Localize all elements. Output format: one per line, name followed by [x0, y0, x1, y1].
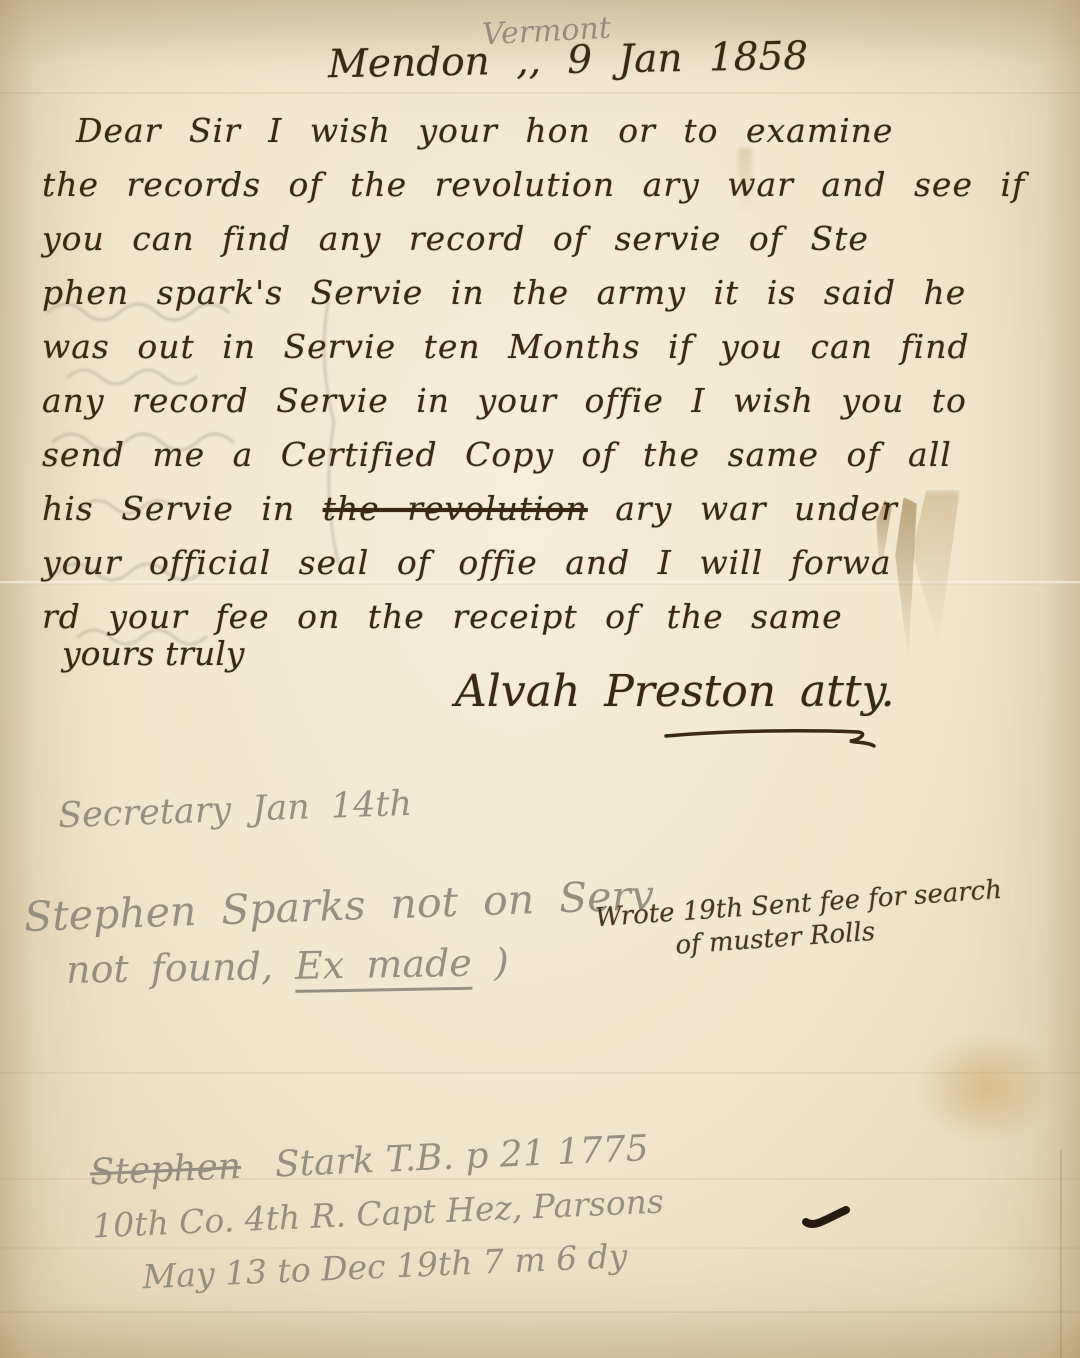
body-line: phen spark's Servie in the army it is sa…	[42, 266, 1025, 320]
not-found-segment: )	[471, 940, 509, 985]
fold-line	[0, 92, 1080, 94]
struck-text: Stephen	[89, 1146, 242, 1194]
body-line: any record Servie in your offie I wish y…	[42, 374, 1025, 428]
body-line: Dear Sir I wish your hon or to examine	[42, 104, 1025, 158]
paper-stain	[916, 1030, 1054, 1145]
dateline: Mendon ,, 9 Jan 1858	[328, 34, 809, 87]
body-line: send me a Certified Copy of the same of …	[42, 428, 1025, 482]
signature-flourish	[662, 722, 882, 752]
struck-text: the revolution	[323, 489, 588, 528]
check-mark	[798, 1196, 862, 1236]
signature: Alvah Preston atty.	[455, 666, 895, 717]
not-found-segment: not found,	[66, 944, 296, 992]
body-line: was out in Servie ten Months if you can …	[42, 320, 1025, 374]
not-found-note: not found, Ex made )	[66, 940, 509, 992]
spacer	[241, 1176, 275, 1177]
letter-page: Vermont Mendon ,, 9 Jan 1858 Dear Sir I …	[0, 0, 1080, 1358]
body-line: the records of the revolution ary war an…	[42, 158, 1025, 212]
fold-line	[0, 1311, 1080, 1313]
closing: yours truly	[62, 634, 244, 673]
underlined-text: Ex made	[295, 941, 473, 993]
body-segment: ary war under	[588, 489, 898, 528]
body-segment: his Servie in	[42, 489, 323, 528]
body-line: his Servie in the revolution ary war und…	[42, 482, 1025, 536]
sparks-note: Stephen Sparks not on Serv	[23, 871, 655, 941]
body-line: you can find any record of servie of Ste	[42, 212, 1025, 266]
body-line: your official seal of offie and I will f…	[42, 536, 1025, 590]
reply-note: Wrote 19th Sent fee for search of muster…	[594, 874, 1005, 968]
page-edge-line	[1060, 1150, 1062, 1358]
secretary-note: Secretary Jan 14th	[57, 784, 412, 836]
letter-body: Dear Sir I wish your hon or to examine t…	[42, 104, 1025, 644]
research-note: StephenStark T.B. p 21 1775 10th Co. 4th…	[89, 1122, 667, 1306]
